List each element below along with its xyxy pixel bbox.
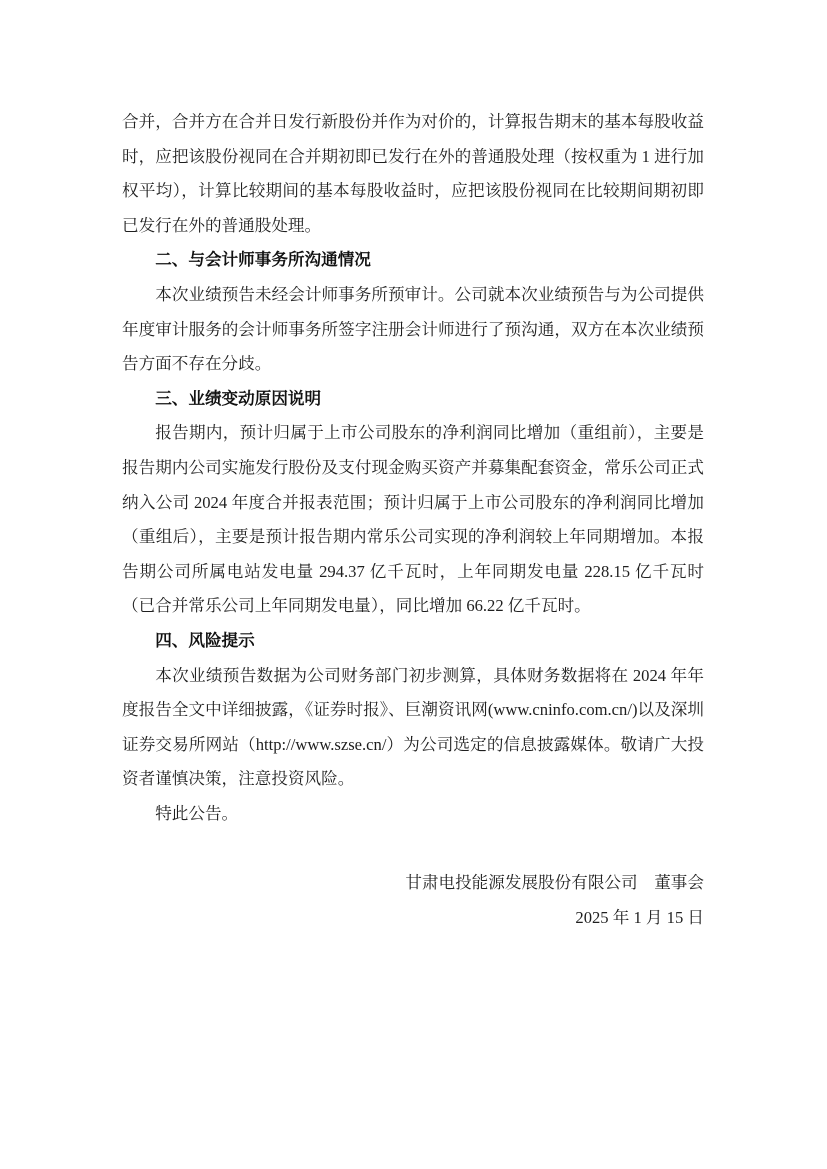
- section-heading-reason: 三、业绩变动原因说明: [122, 382, 704, 417]
- continuation-paragraph: 合并，合并方在合并日发行新股份并作为对价的，计算报告期末的基本每股收益时，应把该…: [122, 105, 704, 243]
- section-body-communication: 本次业绩预告未经会计师事务所预审计。公司就本次业绩预告与为公司提供年度审计服务的…: [122, 278, 704, 382]
- section-heading-risk: 四、风险提示: [122, 624, 704, 659]
- announcement-page: 合并，合并方在合并日发行新股份并作为对价的，计算报告期末的基本每股收益时，应把该…: [0, 0, 827, 1169]
- closing-statement: 特此公告。: [122, 797, 704, 832]
- section-heading-communication: 二、与会计师事务所沟通情况: [122, 243, 704, 278]
- company-signature: 甘肃电投能源发展股份有限公司 董事会: [122, 866, 704, 901]
- section-body-risk: 本次业绩预告数据为公司财务部门初步测算，具体财务数据将在 2024 年年度报告全…: [122, 659, 704, 797]
- announcement-date: 2025 年 1 月 15 日: [122, 901, 704, 936]
- section-body-reason: 报告期内，预计归属于上市公司股东的净利润同比增加（重组前），主要是报告期内公司实…: [122, 416, 704, 624]
- signature-block: 甘肃电投能源发展股份有限公司 董事会 2025 年 1 月 15 日: [122, 866, 704, 935]
